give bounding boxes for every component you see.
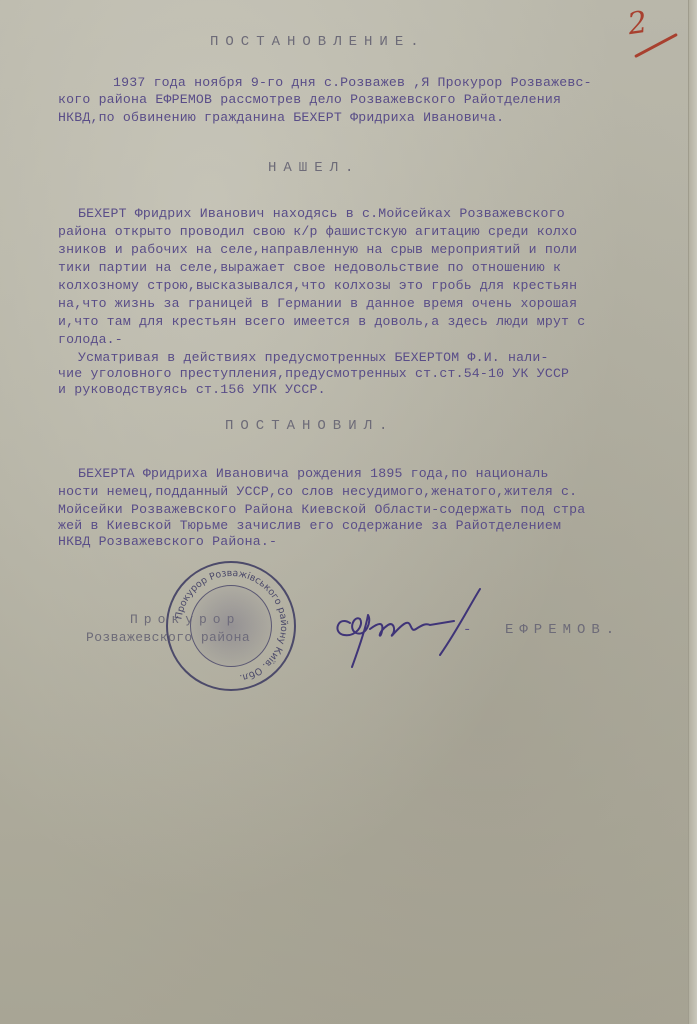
svg-text:Прокурор Розважівського району: Прокурор Розважівського району Київ. Обл… [173, 568, 289, 683]
resolution-line: жей в Киевской Тюрьме зачислив его содер… [58, 518, 561, 534]
resolution-line: НКВД Розважевского Района.- [58, 534, 277, 550]
intro-line: 1937 года ноября 9-го дня с.Розважев ,Я … [113, 75, 592, 91]
section-heading-resolved: ПОСТАНОВИЛ. [225, 418, 697, 434]
document-page: 2 ПОСТАНОВЛЕНИЕ. 1937 года ноября 9-го д… [0, 0, 697, 1024]
signature-dash: - [463, 622, 471, 638]
page-edge [688, 0, 697, 1024]
seal-text-ring: Прокурор Розважівського району Київ. Обл… [168, 563, 294, 689]
section-heading-found: НАШЕЛ. [268, 160, 697, 176]
findings-line: на,что жизнь за границей в Германии в да… [58, 296, 577, 312]
findings-line: района открыто проводил свою к/р фашистс… [58, 224, 577, 240]
findings-line: зников и рабочих на селе,направленную на… [58, 242, 577, 258]
signatory-name: ЕФРЕМОВ. [505, 622, 620, 638]
considering-line: и руководствуясь ст.156 УПК УССР. [58, 382, 326, 398]
findings-line: и,что там для крестьян всего имеется в д… [58, 314, 585, 330]
resolution-line: ности немец,подданный УССР,со слов несуд… [58, 484, 577, 500]
considering-line: Усматривая в действиях предусмотренных Б… [78, 350, 549, 366]
findings-line: тики партии на селе,выражает свое недово… [58, 260, 561, 276]
considering-line: чие уголовного преступления,предусмотрен… [58, 366, 569, 382]
resolution-line: Мойсейки Розважевского Района Киевской О… [58, 502, 585, 518]
intro-line: кого района ЕФРЕМОВ рассмотрев дело Розв… [58, 92, 561, 108]
intro-line: НКВД,по обвинению гражданина БЕХЕРТ Фрид… [58, 110, 504, 126]
official-seal-stamp: Прокурор Розважівського району Київ. Обл… [166, 561, 296, 691]
resolution-line: БЕХЕРТА Фридриха Ивановича рождения 1895… [78, 466, 549, 482]
document-title: ПОСТАНОВЛЕНИЕ. [210, 34, 697, 50]
findings-line: колхозному строю,высказывался,что колхоз… [58, 278, 577, 294]
findings-line: голода.- [58, 332, 123, 348]
findings-line: БЕХЕРТ Фридрих Иванович находясь в с.Мой… [78, 206, 565, 222]
